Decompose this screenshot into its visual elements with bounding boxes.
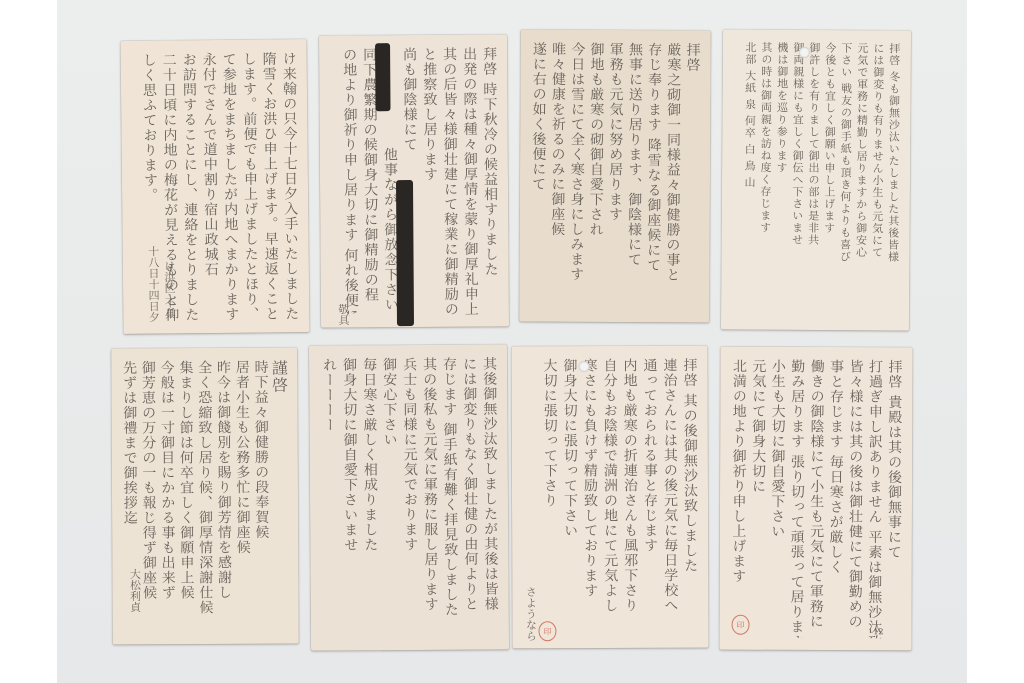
postcard-2: 拜啓 時下秋冷の候益相すりました 出発の際は種々御厚情を蒙り御厚礼申上ます 其の…: [319, 34, 509, 327]
text-column: 昨今は御餞別を賜り御芳情を感謝し: [215, 360, 232, 632]
text-column: 元気にて御身大切に: [749, 359, 766, 638]
seal-stamp: 印: [538, 621, 556, 641]
text-column: 謹啓: [272, 360, 289, 632]
text-column: 遂に右の如く後便にて: [529, 42, 547, 310]
text-column: 永付でさんで道中割り宿山政城石: [200, 52, 220, 321]
text-column: 内地も厳寒の折連治さんも風邪下さり: [621, 358, 639, 636]
text-column: 御安心下さい: [380, 357, 399, 638]
text-column: 御両親様にも宜しく御伝へ下さいませ: [790, 42, 805, 318]
page-number: 12: [873, 627, 883, 636]
text-column: 事と存じます 毎日寒さが厳しく: [827, 359, 844, 638]
text-column: には御変りもなく御壮健の由何よりと: [460, 357, 479, 638]
text-column: 御許しを有りまして御出の部は是非共: [806, 42, 821, 318]
text-column: 兵士も同様に元気でおります: [400, 357, 419, 638]
text-column: 毎日寒さ厳しく相成りました: [360, 357, 379, 638]
text-column: 唯々健康を祈るのみに御座候: [549, 42, 567, 310]
text-column: 御身大切に御自愛下さいませ: [340, 357, 359, 638]
text-column: 拝啓 貴殿は其の後御無事にて: [885, 359, 902, 638]
text-column: 自分もお陰様で満洲の地にて元気よし: [601, 358, 619, 636]
signature: さようなら: [522, 586, 538, 641]
text-column: 御地も厳寒の砌御自愛下され: [587, 42, 605, 310]
text-column: には御変りも有りません小生も元気にて: [870, 42, 885, 318]
text-column: 勤み居ります 張り切って頑張って居ります: [788, 359, 805, 638]
text-column: 全く恐縮致し居り候、御厚情深謝仕候: [196, 360, 213, 632]
text-column: 居者小生も公務多忙に御座候: [234, 360, 251, 632]
text-column: 其の後私も元気に軍務に服し居ります: [420, 357, 439, 638]
postcard-4: 拝啓 冬も御無沙汰いたしました其後皆様 には御変りも有りません小生も元気にて 元…: [721, 29, 911, 330]
text-column: 今般は一寸御目にかかる事も出来ず: [159, 360, 176, 632]
card-text: 拝啓 厳寒之砌御一同様益々御健勝の事と 存じ奉ります 降雪なる御座候にて 無事に…: [529, 42, 700, 311]
text-column: 通っておられる事と存じます: [641, 358, 659, 636]
text-column: 打過ぎ申し訳ありません 平素は御無沙汰致し: [866, 359, 883, 638]
censor-bar: [375, 43, 390, 111]
text-column: 皆々様には其の後は御壮健にて御勤めの: [846, 359, 863, 638]
postcard-1: け来翰の只今十七日夕入手いたしました 隋雪くお洪ひ申上げます。早速返くことにいた…: [120, 39, 309, 334]
text-column: と推察致し居ります: [420, 47, 439, 315]
signature: 大松利貞: [126, 568, 142, 612]
card-text: 拝啓 其の後御無沙汰致しました 連治さんには其の後元気に毎日学校へ 通っておられ…: [522, 358, 699, 637]
text-column: 厳寒之砌御一同様益々御健勝の事と: [664, 42, 682, 310]
text-column: 御芳恵の万分の一も報じ得ず御座候: [140, 360, 157, 632]
text-column: 其の后皆々様御壮建にて稼業に御精励の: [440, 47, 459, 315]
text-column: 存じ奉ります 降雪なる御座候にて: [645, 42, 663, 310]
text-column: 無事に送り居ります、御陰様にて: [625, 42, 643, 310]
text-column: 機は御地を巡り参ります: [774, 42, 789, 318]
censor-bar: [396, 180, 414, 326]
signature: け洪区 不具: [161, 260, 178, 319]
card-text: 拜啓 時下秋冷の候益相すりました 出発の際は種々御厚情を蒙り御厚礼申上ます 其の…: [329, 46, 499, 315]
punch-hole: [579, 361, 590, 372]
text-column: 拝啓 其の後御無沙汰致しました: [681, 358, 699, 636]
text-column: 御身大切に張切って下さい: [561, 358, 579, 636]
postcard-3: 拝啓 厳寒之砌御一同様益々御健勝の事と 存じ奉ります 降雪なる御座候にて 無事に…: [519, 30, 711, 323]
text-column: け来翰の只今十七日夕入手いたしました: [280, 51, 300, 320]
text-column: 存じます 御手紙有難く拝見致しました: [440, 357, 459, 638]
text-column: 其の時は御両親を訪ね度く存じます: [758, 42, 773, 318]
signature: 十八日十四日夕: [145, 246, 162, 323]
text-column: 拝啓 冬も御無沙汰いたしました其後皆様: [886, 42, 901, 318]
text-column: 隋雪くお洪ひ申上げます。早速返くことにいたし: [260, 51, 280, 320]
card-text: 謹啓 時下益々御健勝の段奉賀候 居者小生も公務多忙に御座候 昨今は御餞別を賜り御…: [121, 360, 288, 633]
text-column: 大切に張切って下さり: [541, 358, 559, 636]
text-column: 軍務も元気に努め居ります: [606, 42, 624, 310]
text-column: 北満の地より御祈り申し上げます: [730, 359, 747, 638]
card-text: 拝啓 貴殿は其の後御無事にて 打過ぎ申し訳ありません 平素は御無沙汰致し 皆々様…: [730, 359, 903, 639]
text-column: 北部 大紙 泉 何卒 白 鳥 山: [742, 41, 757, 317]
text-column: 時下益々御健勝の段奉賀候: [253, 360, 270, 632]
text-column: 下さい 戦友の御手紙も頂き何よりも喜び: [838, 42, 853, 318]
text-column: 小生も大切に御自愛下さい: [768, 359, 785, 638]
postcard-8: 拝啓 貴殿は其の後御無事にて 打過ぎ申し訳ありません 平素は御無沙汰致し 皆々様…: [719, 347, 912, 651]
text-column: 今日は雪にて全く寒さ身にしみます: [568, 42, 586, 310]
seal-stamp: 印: [732, 615, 750, 635]
postcard-7: 拝啓 其の後御無沙汰致しました 連治さんには其の後元気に毎日学校へ 通っておられ…: [511, 346, 708, 649]
text-column: します。前便でも申上げましたとほり、氣々付お: [240, 52, 260, 321]
signature: 敬具: [335, 303, 351, 325]
text-column: 拜啓 時下秋冷の候益相すりました: [480, 46, 499, 314]
postcard-6: 其後御無沙汰致しましたが其後は皆様 には御変りもなく御壮健の由何よりと 存じます…: [309, 344, 509, 650]
text-column: 出発の際は種々御厚情を蒙り御厚礼申上ます: [460, 47, 479, 315]
text-column: て参地をまちましたが内地へまかります。平秋: [220, 52, 240, 321]
text-column: の地より御祈り申し居ります 何れ後便にて: [340, 47, 359, 315]
text-column: 拝啓: [683, 42, 701, 310]
text-column: 元気で軍務に精勤し居りますから御安心: [854, 42, 869, 318]
text-column: 働きの御陰様にて小生も元気にて軍務に: [807, 359, 824, 638]
punch-hole: [799, 47, 810, 58]
text-column: 寒さにも負けず精励致しております: [581, 358, 599, 636]
postcard-5: 謹啓 時下益々御健勝の段奉賀候 居者小生も公務多忙に御座候 昨今は御餞別を賜り御…: [111, 348, 299, 645]
text-column: 集まりし節は何卒宜しく御願申上候: [178, 360, 195, 632]
text-column: お訪問することにし、連絡をとりました次第: [180, 52, 200, 321]
text-column: 今後とも宜しく御願い申し上げます: [822, 42, 837, 318]
text-column: 其後御無沙汰致しましたが其後は皆様: [480, 356, 499, 637]
card-text: 拝啓 冬も御無沙汰いたしました其後皆様 には御変りも有りません小生も元気にて 元…: [731, 41, 901, 318]
text-column: 連治さんには其の後元気に毎日学校へ: [661, 358, 679, 636]
card-text: 其後御無沙汰致しましたが其後は皆様 には御変りもなく御壮健の由何よりと 存じます…: [319, 356, 499, 638]
text-column: れーーーー: [320, 357, 339, 638]
